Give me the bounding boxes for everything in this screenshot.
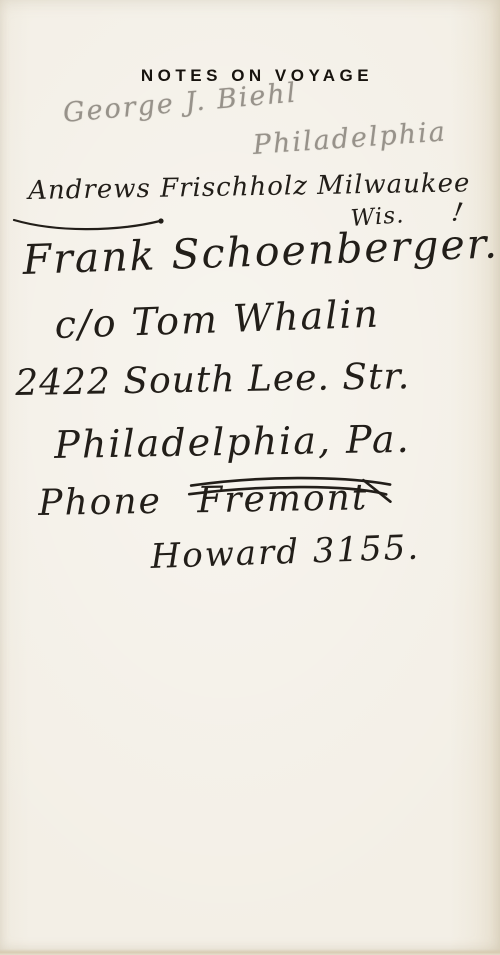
handwritten-entry3-street: 2422 South Lee. Str. <box>15 359 410 402</box>
phone-exchange-crossed-out: Fremont <box>197 480 369 519</box>
handwritten-entry3-city: Philadelphia, Pa. <box>54 420 411 464</box>
handwritten-phone-line: Phone Fremont <box>38 480 369 522</box>
handwritten-pencil-city: Philadelphia <box>252 118 448 158</box>
handwritten-phone-number: Howard 3155. <box>150 531 421 574</box>
handwritten-pencil-name: George J. Biehl <box>62 80 298 127</box>
page-bottom-edge-shadow <box>0 949 500 955</box>
handwritten-entry3-care-of: c/o Tom Whalin <box>54 295 381 344</box>
phone-exchange-text: Fremont <box>197 477 369 521</box>
handwritten-entry2-name-city: Andrews Frischholz Milwaukee <box>28 170 471 204</box>
scanned-document-page: NOTES ON VOYAGE George J. Biehl Philadel… <box>0 0 500 955</box>
phone-label: Phone <box>38 481 162 524</box>
